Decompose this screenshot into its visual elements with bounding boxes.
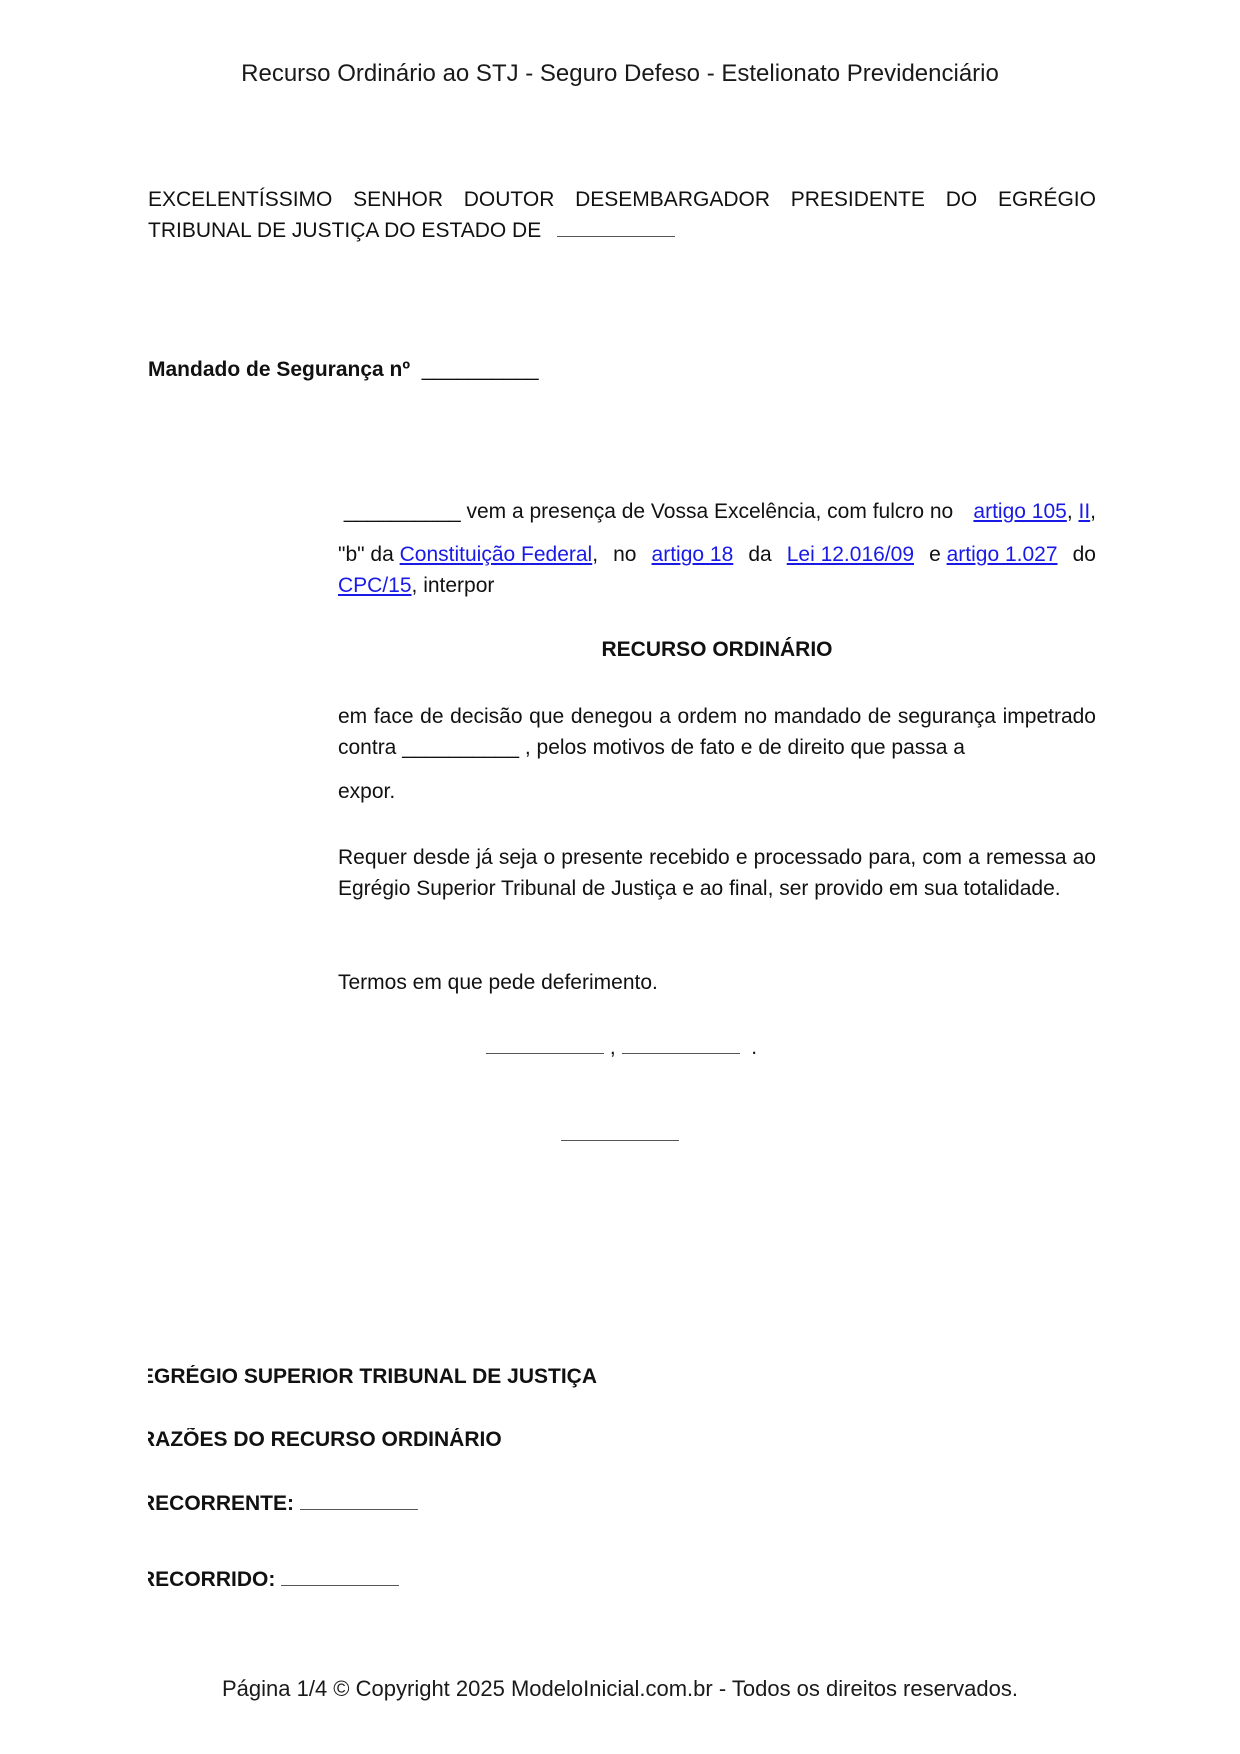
intro-text: no [613, 539, 636, 570]
recorrido-field: RECORRIDO: [140, 1568, 399, 1592]
mandado-label: Mandado de Segurança nº [148, 358, 410, 381]
recorrente-field: RECORRENTE: [140, 1492, 418, 1516]
period: . [751, 1036, 757, 1059]
intro-text: "b" da [338, 543, 394, 566]
document-header-title: Recurso Ordinário ao STJ - Seguro Defeso… [0, 60, 1240, 88]
addressee-block: EXCELENTÍSSIMO SENHOR DOUTOR DESEMBARGAD… [148, 184, 1096, 246]
link-artigo-18[interactable]: artigo 18 [652, 539, 734, 570]
addressee-word: DOUTOR [464, 184, 555, 215]
link-inciso-ii[interactable]: II [1078, 500, 1090, 523]
intro-text: do [1073, 539, 1096, 570]
decision-paragraph: em face de decisão que denegou a ordem n… [338, 701, 1096, 807]
link-constituicao-federal[interactable]: Constituição Federal [400, 543, 593, 566]
intro-text: vem a presença de Vossa Excelência, com … [466, 500, 953, 523]
addressee-word: DO [946, 184, 978, 215]
intro-text: , interpor [412, 570, 495, 601]
addressee-line-2: TRIBUNAL DE JUSTIÇA DO ESTADO DE [148, 215, 1096, 246]
intro-paragraph: __________ vem a presença de Vossa Excel… [338, 496, 1096, 601]
recorrido-label: RECORRIDO: [140, 1568, 275, 1591]
intro-line-3: CPC/15, interpor [338, 570, 1096, 601]
link-artigo-1027[interactable]: artigo 1.027 [947, 543, 1058, 566]
addressee-word: EXCELENTÍSSIMO [148, 184, 332, 215]
comma: , [610, 1036, 616, 1059]
link-lei-12016[interactable]: Lei 12.016/09 [787, 539, 914, 570]
place-date-line: , . [486, 1036, 757, 1060]
intro-line-1: __________ vem a presença de Vossa Excel… [338, 496, 1096, 527]
intro-text: da [748, 539, 771, 570]
recorrente-blank [300, 1508, 418, 1510]
addressee-line-1: EXCELENTÍSSIMO SENHOR DOUTOR DESEMBARGAD… [148, 184, 1096, 215]
court-heading: EGRÉGIO SUPERIOR TRIBUNAL DE JUSTIÇA [140, 1365, 597, 1389]
recorrido-blank [281, 1584, 399, 1586]
addressee-word: DESEMBARGADOR [575, 184, 770, 215]
addressee-word: PRESIDENTE [791, 184, 925, 215]
mandado-number-blank: __________ [422, 358, 539, 381]
signature-line [561, 1128, 679, 1146]
link-cpc-15[interactable]: CPC/15 [338, 570, 412, 601]
place-blank [486, 1052, 604, 1054]
page-footer: Página 1/4 © Copyright 2025 ModeloInicia… [0, 1676, 1240, 1702]
addressee-word: EGRÉGIO [998, 184, 1096, 215]
addressee-word: SENHOR [353, 184, 443, 215]
intro-text: e [929, 543, 941, 566]
decision-text-end: expor. [338, 776, 1096, 807]
signature-blank [561, 1139, 679, 1141]
addressee-state-label: TRIBUNAL DE JUSTIÇA DO ESTADO DE [148, 219, 541, 242]
impetrado-blank: __________ [402, 736, 519, 759]
decision-text: , pelos motivos de fato e de direito que… [525, 736, 965, 759]
closing-paragraph: Termos em que pede deferimento. [338, 967, 1096, 998]
petitioner-blank: __________ [344, 500, 461, 523]
link-artigo-105[interactable]: artigo 105 [973, 500, 1066, 523]
request-paragraph: Requer desde já seja o presente recebido… [338, 842, 1096, 904]
razoes-heading: RAZÕES DO RECURSO ORDINÁRIO [140, 1428, 502, 1452]
state-blank [557, 235, 675, 237]
mandado-heading: Mandado de Segurança nº __________ [148, 358, 539, 382]
date-blank [622, 1052, 740, 1054]
intro-line-2: "b" da Constituição Federal, no artigo 1… [338, 539, 1096, 570]
recorrente-label: RECORRENTE: [140, 1492, 294, 1515]
recurso-ordinario-title: RECURSO ORDINÁRIO [338, 638, 1096, 662]
